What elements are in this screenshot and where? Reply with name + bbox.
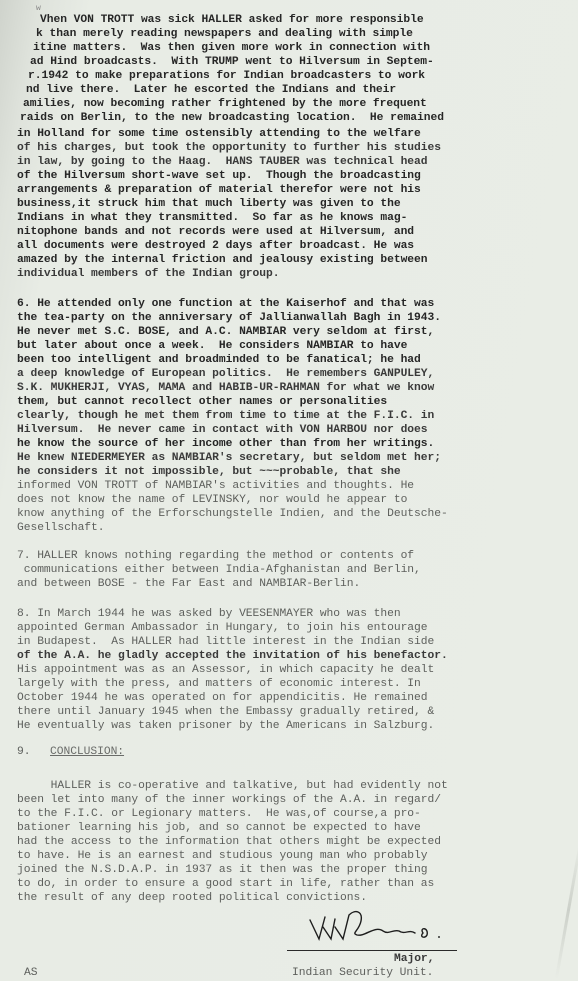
text-line: HALLER is co-operative and talkative, bu… <box>17 780 448 792</box>
text-line: 7. HALLER knows nothing regarding the me… <box>17 550 414 562</box>
text-line: the result of any deep rooted political … <box>17 892 367 904</box>
text-line: them, but cannot recollect other names o… <box>17 396 387 408</box>
text-line: informed VON TROTT of NAMBIAR's activiti… <box>17 480 414 492</box>
text-line: nd live there. Later he escorted the Ind… <box>26 84 396 96</box>
text-line: in Budapest. As HALLER had little intere… <box>17 636 434 648</box>
text-line: He never met S.C. BOSE, and A.C. NAMBIAR… <box>17 326 434 338</box>
text-line: of his charges, but took the opportunity… <box>17 142 441 154</box>
section-number: 9. <box>17 746 30 758</box>
text-line: does not know the name of LEVINSKY, nor … <box>17 494 407 506</box>
text-line: bationer learning his job, and so cannot… <box>17 822 421 834</box>
corner-mark: w <box>36 4 41 13</box>
text-line: clearly, though he met them from time to… <box>17 410 434 422</box>
text-line: of the Hilversum short-wave set up. Thou… <box>17 170 421 182</box>
text-line: His appointment was as an Assessor, in w… <box>17 664 434 676</box>
text-line: of the A.A. he gladly accepted the invit… <box>17 650 448 662</box>
text-line: k than merely reading newspapers and dea… <box>36 28 413 40</box>
signature-line <box>287 950 457 951</box>
text-line: ad Hind broadcasts. With TRUMP went to H… <box>30 56 434 68</box>
text-line: business,it struck him that much liberty… <box>17 198 401 210</box>
rank-label: Major, <box>394 953 434 965</box>
text-line: there until January 1945 when the Embass… <box>17 706 434 718</box>
text-line: he know the source of her income other t… <box>17 438 434 450</box>
text-line: been too intelligent and broadminded to … <box>17 354 421 366</box>
text-line: all documents were destroyed 2 days afte… <box>17 240 414 252</box>
text-line: He eventually was taken prisoner by the … <box>17 720 434 732</box>
text-line: in Holland for some time ostensibly atte… <box>17 128 421 140</box>
text-line: Indians in what they transmitted. So far… <box>17 212 407 224</box>
document-page: w Vhen VON TROTT was sick HALLER asked f… <box>0 0 578 981</box>
text-line: appointed German Ambassador in Hungary, … <box>17 622 427 634</box>
text-line: know anything of the Erforschungstelle I… <box>17 508 448 520</box>
text-line: amazed by the internal friction and jeal… <box>17 254 427 266</box>
text-line: 6. He attended only one function at the … <box>17 298 434 310</box>
text-line: He knew NIEDERMEYER as NAMBIAR's secreta… <box>17 452 441 464</box>
text-line: and between BOSE - the Far East and NAMB… <box>17 578 360 590</box>
text-line: Vhen VON TROTT was sick HALLER asked for… <box>40 14 424 26</box>
unit-label: Indian Security Unit. <box>292 967 433 979</box>
text-line: arrangements & preparation of material t… <box>17 184 421 196</box>
text-line: raids on Berlin, to the new broadcasting… <box>20 112 444 124</box>
text-line: been let into many of the inner workings… <box>17 794 441 806</box>
text-line: communications either between India-Afgh… <box>17 564 421 576</box>
text-line: largely with the press, and matters of e… <box>17 678 421 690</box>
text-line: October 1944 he was operated on for appe… <box>17 692 427 704</box>
text-line: but later about once a week. He consider… <box>17 340 407 352</box>
text-line: in law, by going to the Haag. HANS TAUBE… <box>17 156 427 168</box>
signature-icon <box>305 905 465 945</box>
text-line: had the access to the information that o… <box>17 836 441 848</box>
text-line: to have. He is an earnest and studious y… <box>17 850 427 862</box>
text-line: amilies, now becoming rather frightened … <box>23 98 427 110</box>
text-line: he considers it not impossible, but ~~~p… <box>17 466 401 478</box>
text-line: Gesellschaft. <box>17 522 104 534</box>
text-line: the tea-party on the anniversary of Jall… <box>17 312 441 324</box>
text-line: to do, in order to ensure a good start i… <box>17 878 434 890</box>
text-line: 8. In March 1944 he was asked by VEESENM… <box>17 608 401 620</box>
text-line: nitophone bands and not records were use… <box>17 226 414 238</box>
text-line: Hilversum. He never came in contact with… <box>17 424 427 436</box>
text-line: a deep knowledge of European politics. H… <box>17 368 434 380</box>
text-line: to the F.I.C. or Legionary matters. He w… <box>17 808 421 820</box>
text-line: r.1942 to make preparations for Indian b… <box>28 70 425 82</box>
text-line: itine matters. Was then given more work … <box>33 42 430 54</box>
text-line: joined the N.S.D.A.P. in 1937 as it then… <box>17 864 427 876</box>
typist-initials: AS <box>24 967 37 979</box>
text-line: S.K. MUKHERJI, VYAS, MAMA and HABIB-UR-R… <box>17 382 434 394</box>
text-line: individual members of the Indian group. <box>17 268 279 280</box>
section-heading: CONCLUSION: <box>50 746 124 758</box>
